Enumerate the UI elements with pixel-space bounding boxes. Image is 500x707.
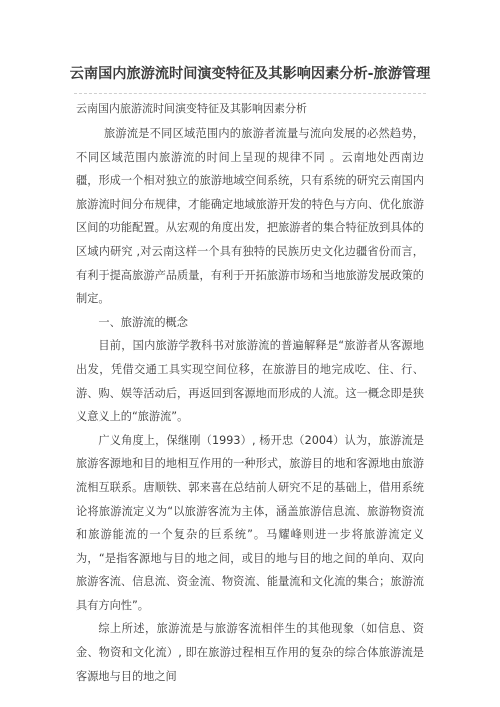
paragraph-summary: 综上所述，旅游流是与旅游客流相伴生的其他现象（如信息、资金、物资和文化流）, 即…	[76, 617, 424, 688]
paragraph-intro: 旅游流是不同区域范围内的旅游者流量与流向发展的必然趋势，不同区域范围内旅游流的时…	[76, 122, 424, 311]
document-title: 云南国内旅游流时间演变特征及其影响因素分析-旅游管理	[60, 63, 440, 83]
document-page: 云南国内旅游流时间演变特征及其影响因素分析-旅游管理 云南国内旅游流时间演变特征…	[0, 0, 500, 707]
document-subtitle: 云南国内旅游流时间演变特征及其影响因素分析	[76, 100, 307, 116]
paragraph-definition: 目前，国内旅游学教科书对旅游流的普遍解释是“旅游者从客源地出发，凭借交通工具实现…	[76, 334, 424, 428]
title-divider	[74, 93, 426, 94]
section-heading: 一、旅游流的概念	[76, 311, 424, 335]
paragraph-broad-definition: 广义角度上，保继刚（1993）, 杨开忠（2004）认为，旅游流是旅游客源地和目…	[76, 429, 424, 618]
document-body: 旅游流是不同区域范围内的旅游者流量与流向发展的必然趋势，不同区域范围内旅游流的时…	[76, 122, 424, 688]
